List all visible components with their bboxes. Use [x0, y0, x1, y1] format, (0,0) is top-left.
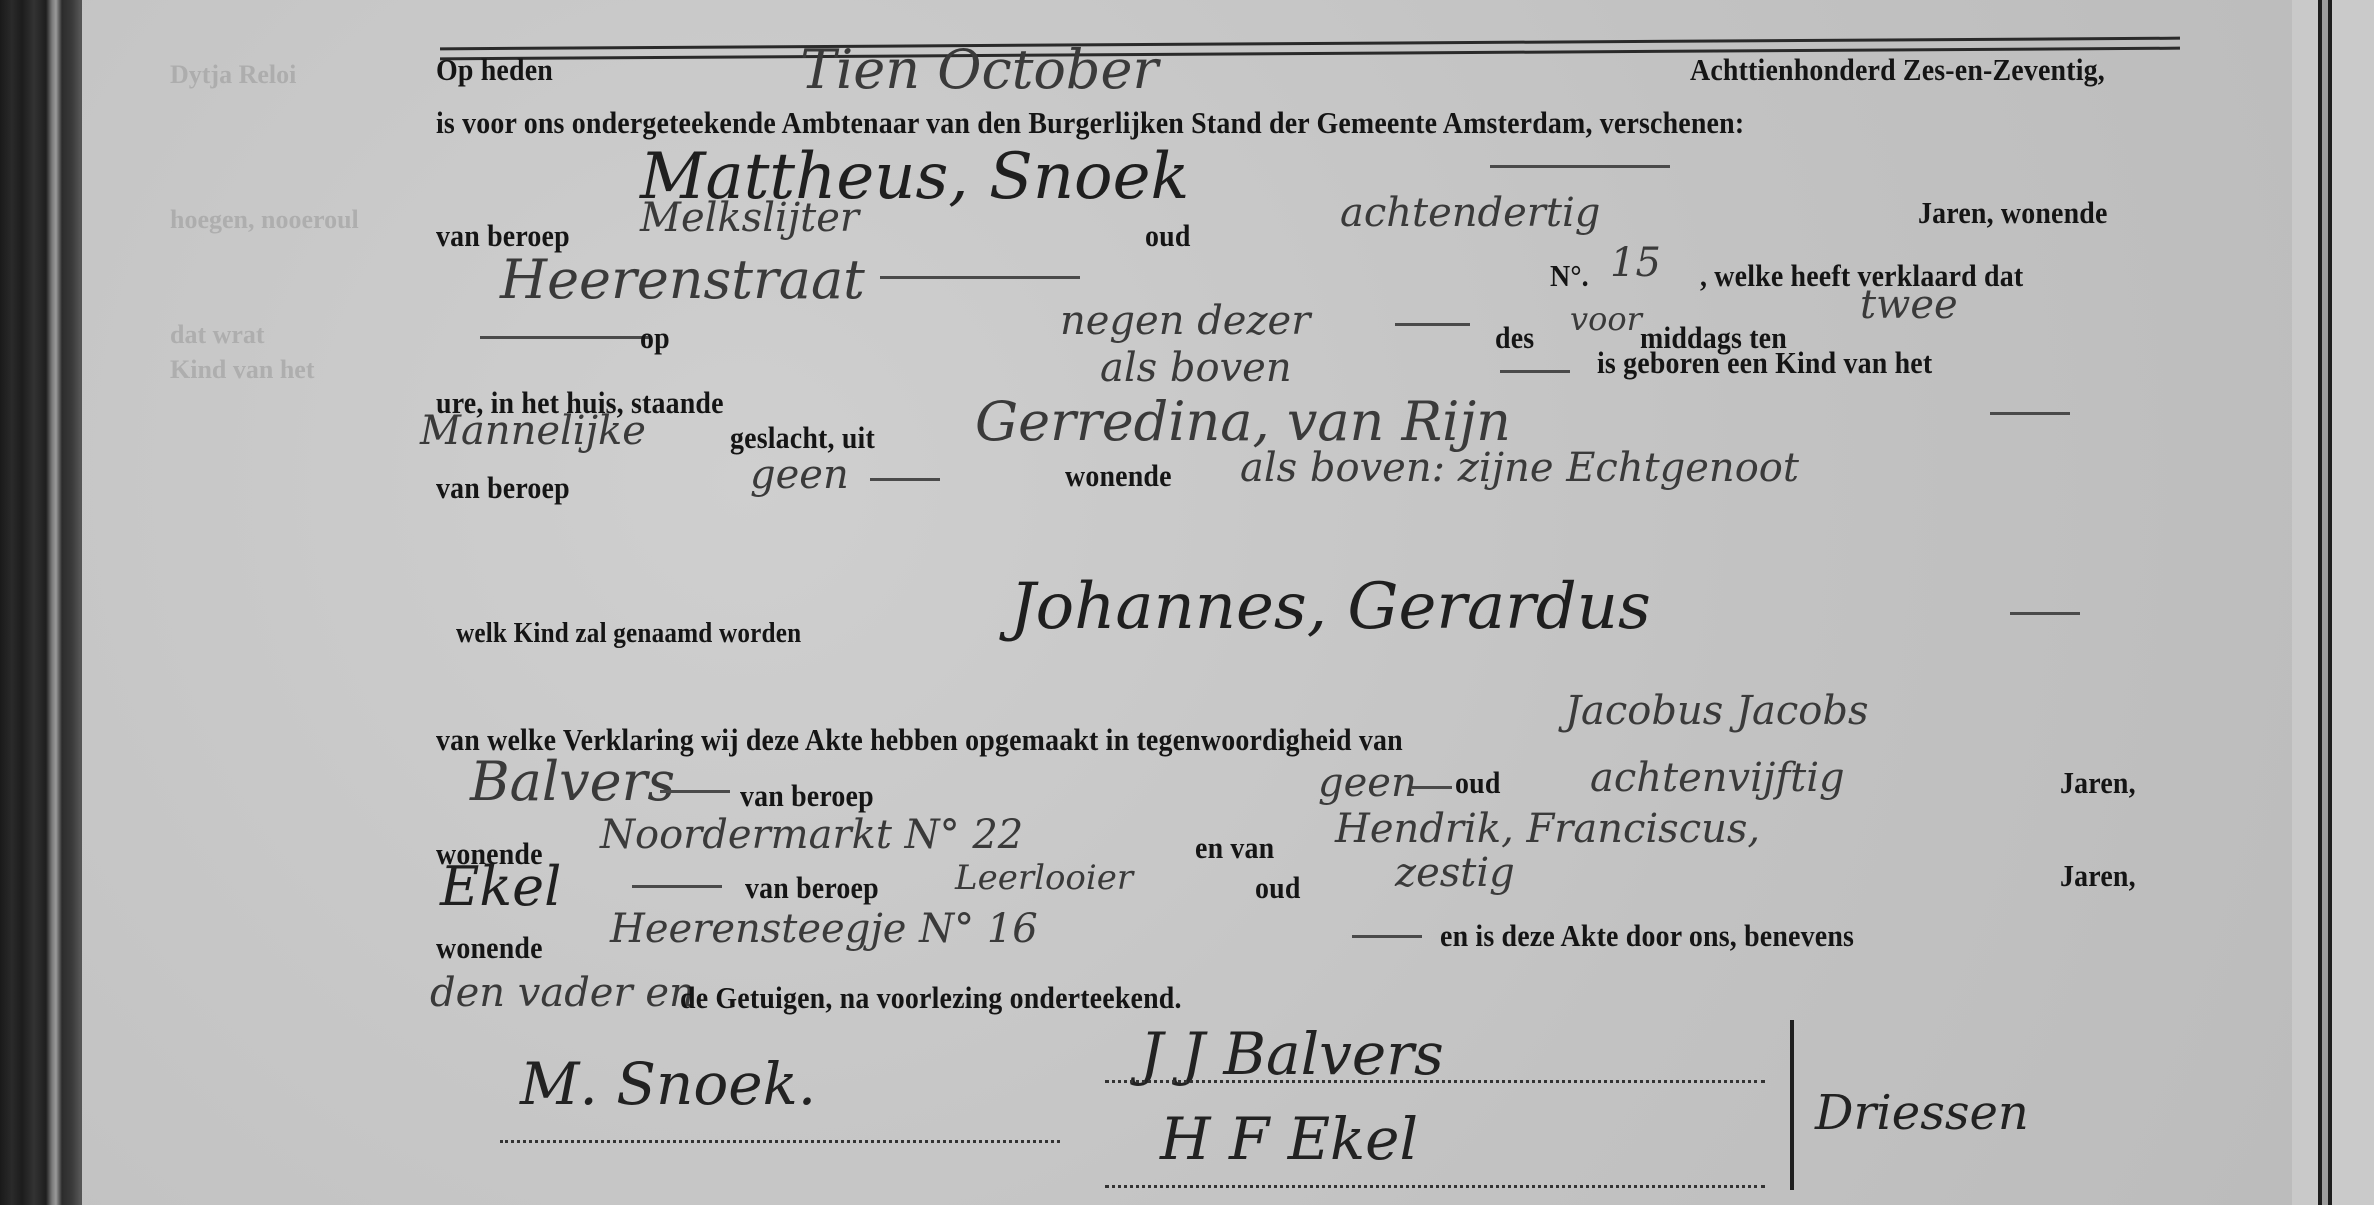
handwritten-birth-hour: twee — [1860, 282, 1958, 328]
printed-text: Op heden — [436, 52, 553, 88]
handwritten-birth-house: als boven — [1100, 345, 1292, 391]
handwritten-child-name: Johannes, Gerardus — [1010, 570, 1651, 644]
printed-text: op — [640, 320, 670, 356]
handwritten-witness2-name: Hendrik, Franciscus, — [1335, 806, 1760, 852]
printed-text: is geboren een Kind van het — [1597, 345, 1932, 381]
printed-text: oud — [1255, 870, 1301, 906]
book-binding — [0, 0, 82, 1205]
printed-text: en is deze Akte door ons, benevens — [1440, 918, 1854, 954]
fill-line — [2010, 612, 2080, 615]
fill-line — [480, 336, 650, 339]
fill-line — [1352, 935, 1422, 938]
printed-text: en van — [1195, 830, 1274, 866]
handwritten-mother-occupation: geen — [750, 452, 849, 498]
handwritten-age: achtendertig — [1340, 190, 1600, 236]
handwritten-witness1-name: Jacobus Jacobs — [1565, 688, 1868, 734]
handwritten-witness1-residence: Noordermarkt N° 22 — [600, 812, 1023, 858]
signature-witness2: H F Ekel — [1160, 1105, 1418, 1173]
handwritten-date: Tien October — [800, 38, 1158, 101]
printed-text: Jaren, wonende — [1918, 195, 2108, 231]
signature-father: M. Snoek. — [520, 1050, 816, 1118]
printed-text: N°. — [1550, 258, 1589, 294]
printed-text: geslacht, uit — [730, 420, 875, 456]
page-border-right — [2318, 0, 2332, 1205]
printed-text: wonende — [1065, 458, 1172, 494]
signature-line — [500, 1140, 1060, 1143]
bleed-through-text: dat wrat — [170, 320, 265, 350]
printed-text: de Getuigen, na voorlezing onderteekend. — [680, 980, 1182, 1016]
handwritten-sex: Mannelijke — [420, 408, 646, 454]
handwritten-house-number: 15 — [1610, 240, 1661, 286]
printed-text: des — [1495, 320, 1534, 356]
printed-text: oud — [1145, 218, 1191, 254]
signature-brace — [1790, 1020, 1794, 1190]
printed-text: Jaren, — [2060, 858, 2136, 894]
handwritten-witness2-surname: Ekel — [440, 855, 561, 918]
handwritten-occupation: Melkslijter — [640, 195, 859, 241]
printed-text: Jaren, — [2060, 765, 2136, 801]
signature-witness1: J J Balvers — [1140, 1020, 1444, 1088]
fill-line — [1990, 412, 2070, 415]
signature-line — [1105, 1080, 1765, 1083]
printed-text: van beroep — [436, 470, 570, 506]
fill-line — [1490, 165, 1670, 168]
handwritten-witness2-residence: Heerensteegje N° 16 — [610, 906, 1038, 952]
fill-line — [880, 276, 1080, 279]
fill-line — [870, 478, 940, 481]
handwritten-time-prefix: voor — [1570, 300, 1642, 338]
handwritten-insert: den vader en — [430, 970, 695, 1016]
handwritten-witness1-surname: Balvers — [470, 750, 675, 813]
bleed-through-text: Kind van het — [170, 355, 315, 385]
printed-text: Achttienhonderd Zes-en-Zeventig, — [1690, 52, 2105, 88]
printed-text: welk Kind zal genaamd worden — [456, 618, 801, 650]
fill-line — [1500, 370, 1570, 373]
handwritten-witness2-age: zestig — [1395, 850, 1515, 896]
printed-text: is voor ons ondergeteekende Ambtenaar va… — [436, 105, 1744, 141]
printed-text: van beroep — [740, 778, 874, 814]
printed-text: wonende — [436, 930, 543, 966]
handwritten-street: Heerenstraat — [500, 248, 865, 311]
fill-line — [1412, 786, 1452, 789]
fill-line — [1395, 323, 1470, 326]
handwritten-witness1-age: achtenvijftig — [1590, 755, 1845, 801]
handwritten-mother-name: Gerredina, van Rijn — [975, 390, 1511, 453]
fill-line — [660, 790, 730, 793]
signature-line — [1105, 1185, 1765, 1188]
signature-official: Driessen — [1815, 1085, 2029, 1141]
printed-text: van beroep — [745, 870, 879, 906]
bleed-through-text: hoegen, nooeroul — [170, 205, 359, 235]
adjacent-page-edge — [2332, 0, 2374, 1205]
bleed-through-text: Dytja Reloi — [170, 60, 296, 90]
handwritten-witness1-occupation: geen — [1318, 760, 1417, 806]
handwritten-witness2-occupation: Leerlooier — [955, 858, 1133, 898]
handwritten-mother-residence: als boven: zijne Echtgenoot — [1240, 445, 1799, 491]
fill-line — [632, 885, 722, 888]
handwritten-birth-day: negen dezer — [1060, 298, 1310, 344]
printed-text: oud — [1455, 765, 1501, 801]
